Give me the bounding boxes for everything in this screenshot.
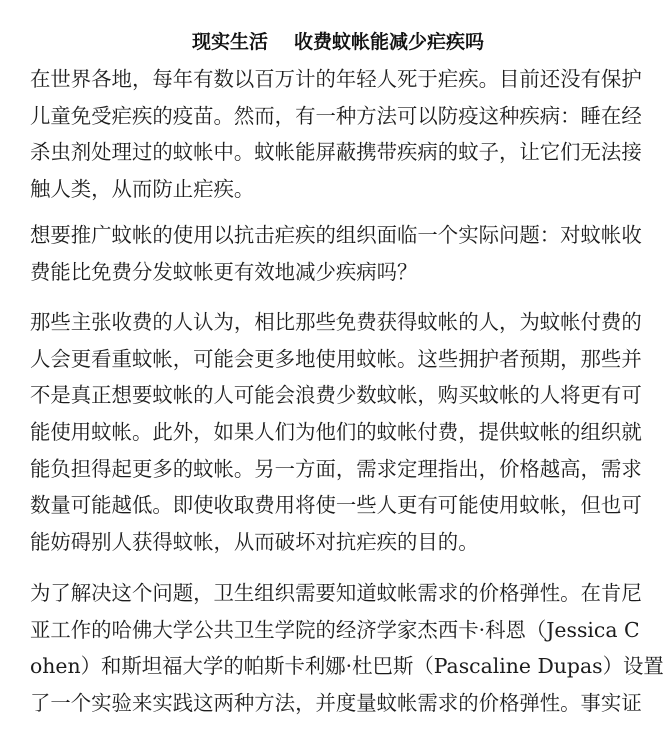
paragraph-2: 想要推广蚊帐的使用以抗击疟疾的组织面临一个实际问题：对蚊帐收 费能比免费分发蚊帐… [30,217,650,290]
paragraph-4: 为了解决这个问题，卫生组织需要知道蚊帐需求的价格弹性。在肯尼 亚工作的哈佛大学公… [30,575,650,722]
text-line: 能妨碍别人获得蚊帐，从而破坏对抗疟疾的目的。 [30,524,650,561]
text-line: 数量可能越低。即使收取费用将使一些人更有可能使用蚊帐，但也可 [30,487,650,524]
text-line: 人会更看重蚊帐，可能会更多地使用蚊帐。这些拥护者预期，那些并 [30,341,650,378]
text-line: 触人类，从而防止疟疾。 [30,171,650,208]
text-line: 能使用蚊帐。此外，如果人们为他们的蚊帐付费，提供蚊帐的组织就 [30,414,650,451]
text-line: 费能比免费分发蚊帐更有效地减少疾病吗？ [30,254,650,291]
title-section-label: 现实生活 [192,31,268,53]
text-line: 杀虫剂处理过的蚊帐中。蚊帐能屏蔽携带疾病的蚊子，让它们无法接 [30,134,650,171]
paragraph-1: 在世界各地，每年有数以百万计的年轻人死于疟疾。目前还没有保护 儿童免受疟疾的疫苗… [30,61,650,208]
text-line: 能负担得起更多的蚊帐。另一方面，需求定理指出，价格越高，需求 [30,451,650,488]
paragraph-3: 那些主张收费的人认为，相比那些免费获得蚊帐的人，为蚊帐付费的 人会更看重蚊帐，可… [30,304,650,561]
title-heading: 收费蚊帐能减少疟疾吗 [294,31,484,53]
text-line: 不是真正想要蚊帐的人可能会浪费少数蚊帐，购买蚊帐的人将更有可 [30,377,650,414]
document-page: 现实生活收费蚊帐能减少疟疾吗 在世界各地，每年有数以百万计的年轻人死于疟疾。目前… [0,0,664,731]
text-line: 儿童免受疟疾的疫苗。然而，有一种方法可以防疫这种疾病：睡在经 [30,98,650,135]
text-line: 亚工作的哈佛大学公共卫生学院的经济学家杰西卡·科恩（Jessica C [30,612,650,649]
article-title: 现实生活收费蚊帐能减少疟疾吗 [0,28,664,56]
text-line: 想要推广蚊帐的使用以抗击疟疾的组织面临一个实际问题：对蚊帐收 [30,217,650,254]
text-line: 在世界各地，每年有数以百万计的年轻人死于疟疾。目前还没有保护 [30,61,650,98]
text-line: ohen）和斯坦福大学的帕斯卡利娜·杜巴斯（Pascaline Dupas）设置 [30,648,650,685]
text-line: 了一个实验来实践这两种方法，并度量蚊帐需求的价格弹性。事实证 [30,685,650,722]
text-line: 那些主张收费的人认为，相比那些免费获得蚊帐的人，为蚊帐付费的 [30,304,650,341]
text-line: 为了解决这个问题，卫生组织需要知道蚊帐需求的价格弹性。在肯尼 [30,575,650,612]
